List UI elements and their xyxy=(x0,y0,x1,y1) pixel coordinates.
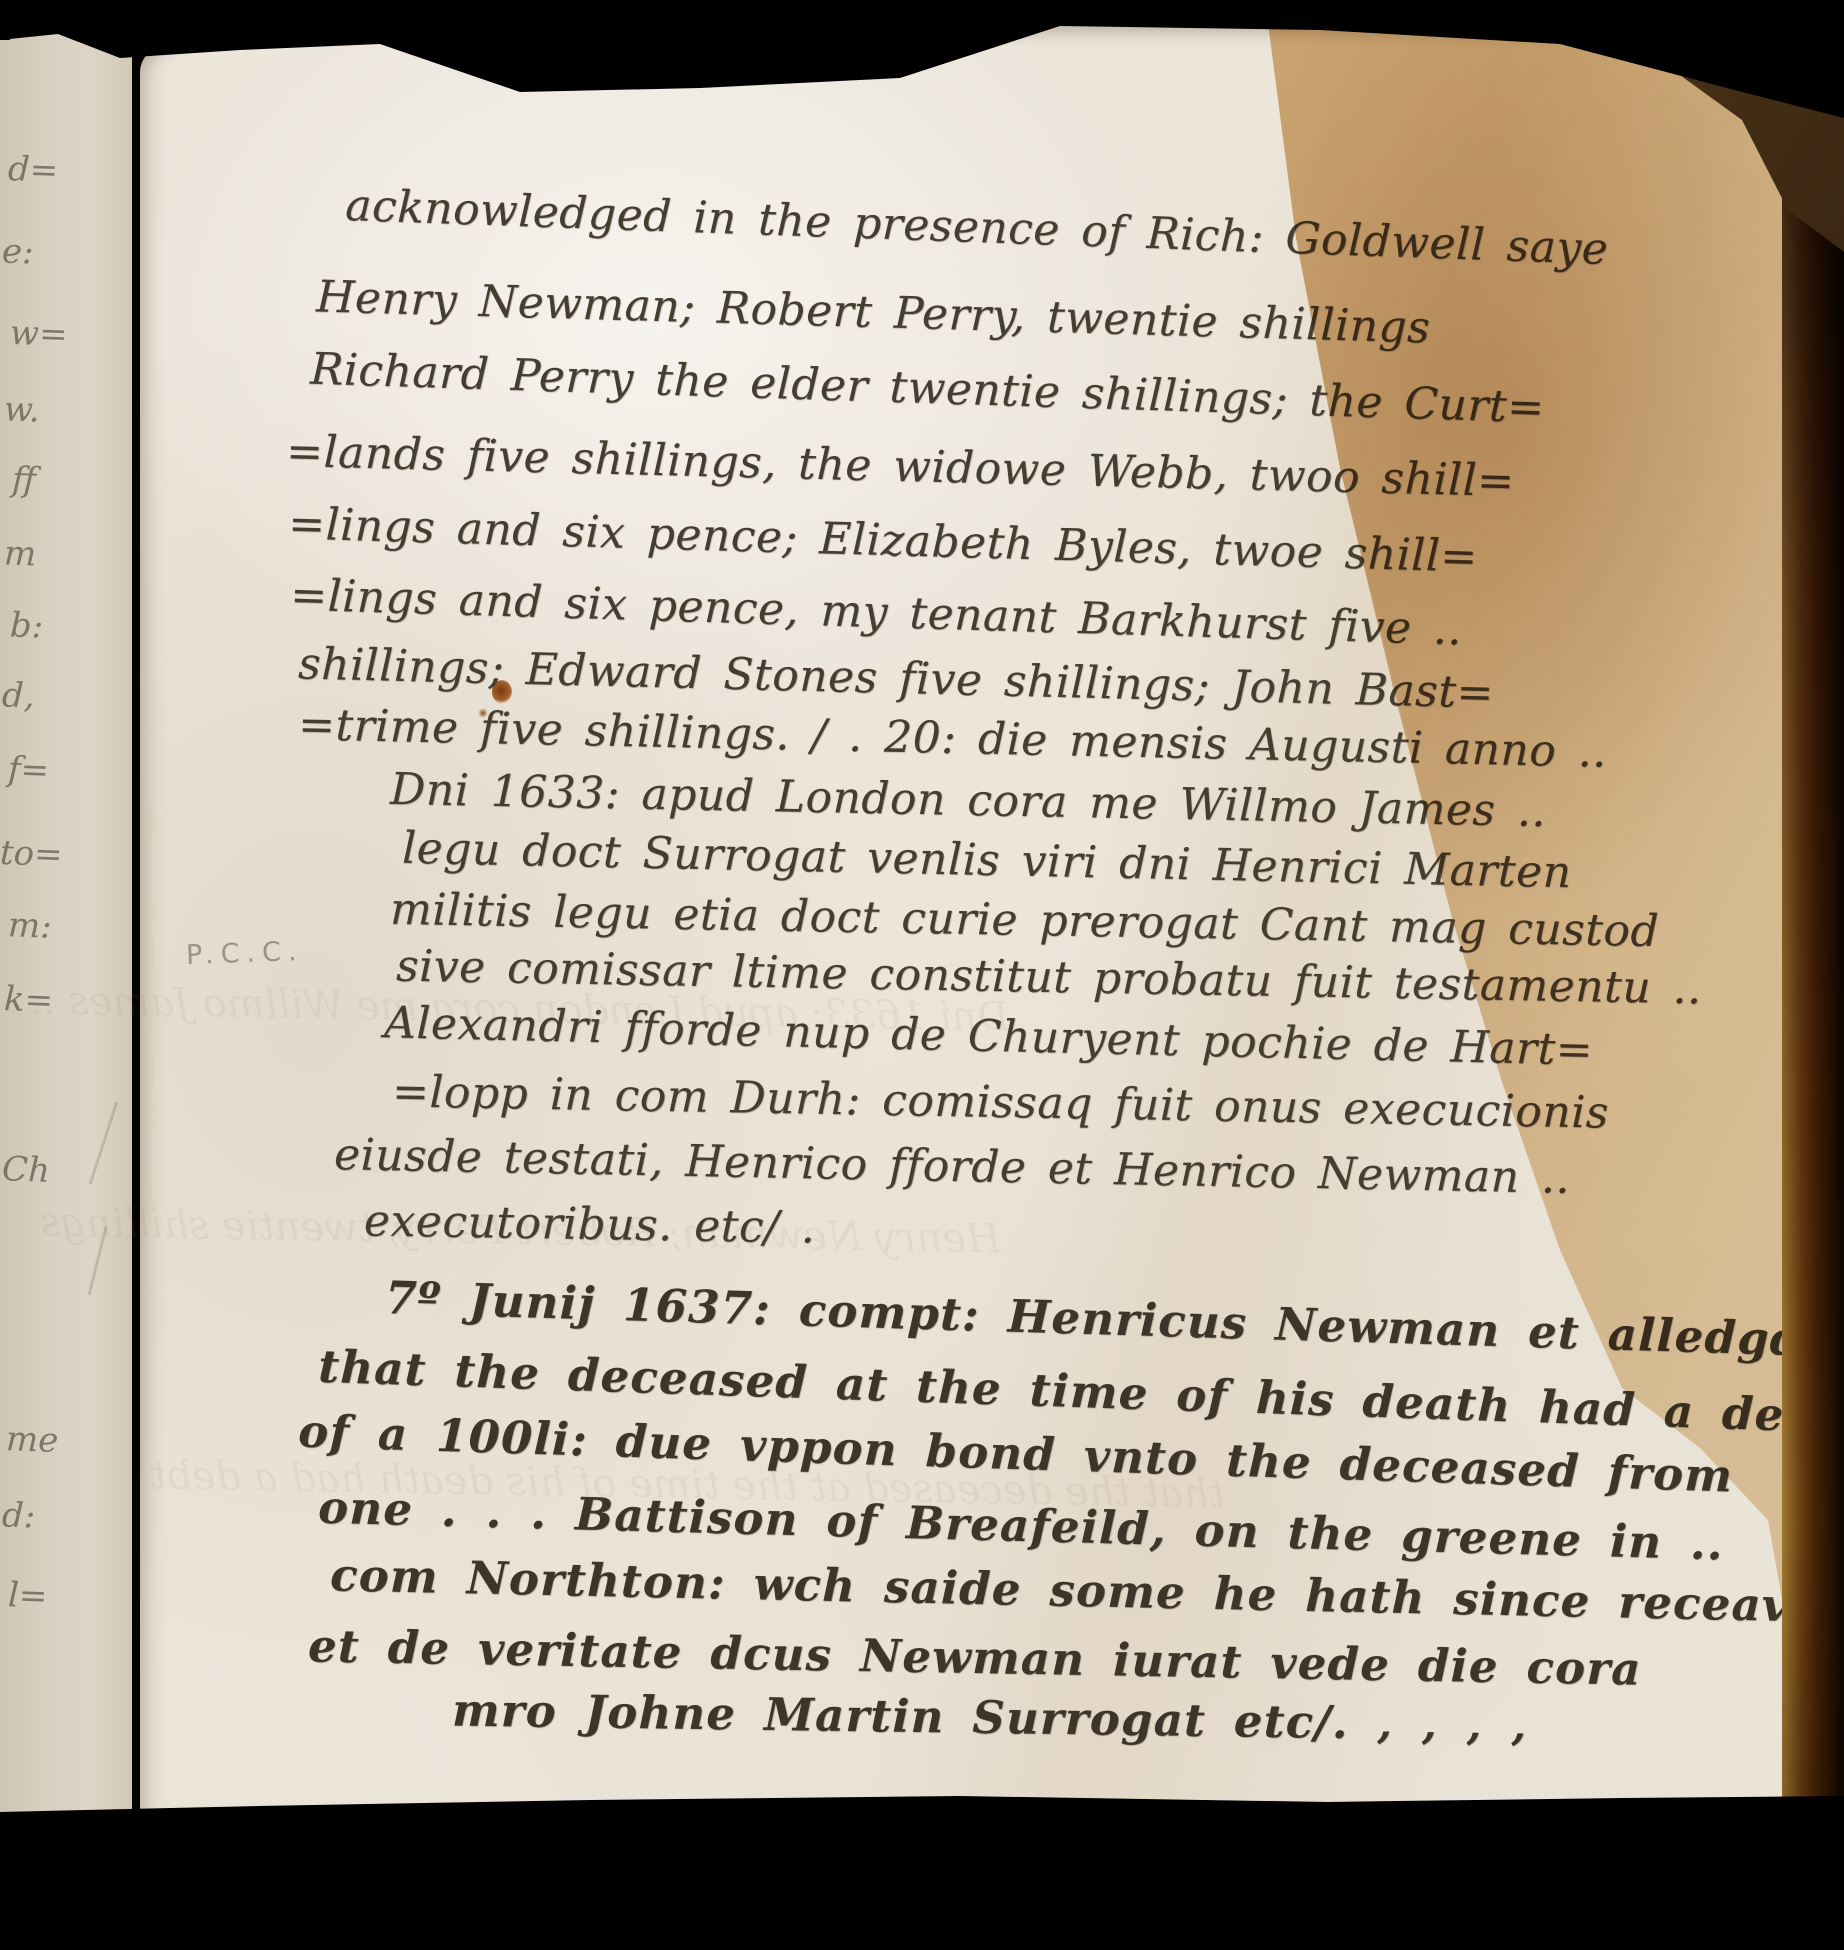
edge-letter-fragment: ff xyxy=(11,460,36,501)
left-border xyxy=(0,0,10,40)
text-line: executoribus. etc/ . xyxy=(364,1198,816,1251)
edge-letter-fragment: m xyxy=(3,533,37,574)
edge-letter-fragment: d: xyxy=(1,1495,36,1536)
edge-letter-fragment: d= xyxy=(7,149,59,191)
edge-letter-fragment: m: xyxy=(7,905,52,947)
edge-letter-fragment: l= xyxy=(7,1575,48,1616)
edge-letter-fragment: b: xyxy=(9,605,44,646)
edge-letter-fragment: f= xyxy=(7,749,49,790)
margin-note-pcc: P.C.C. xyxy=(185,936,304,971)
facing-page-edge: d= e: w= w. ff m b: d, f= to= m: k= Ch m… xyxy=(0,28,132,1818)
top-border xyxy=(0,0,1844,130)
edge-letter-fragment: Ch xyxy=(1,1149,50,1191)
edge-letter-fragment: w. xyxy=(3,389,40,430)
edge-letter-fragment: w= xyxy=(9,313,68,355)
edge-letter-fragment: me xyxy=(5,1419,59,1461)
edge-letter-fragment: e: xyxy=(1,231,34,272)
manuscript-photo: d= e: w= w. ff m b: d, f= to= m: k= Ch m… xyxy=(0,0,1844,1950)
bottom-border xyxy=(0,1796,1844,1950)
page-edge-strip xyxy=(1782,0,1844,1950)
edge-letter-fragment: to= xyxy=(0,833,63,875)
edge-letter-fragment: d, xyxy=(1,675,35,716)
